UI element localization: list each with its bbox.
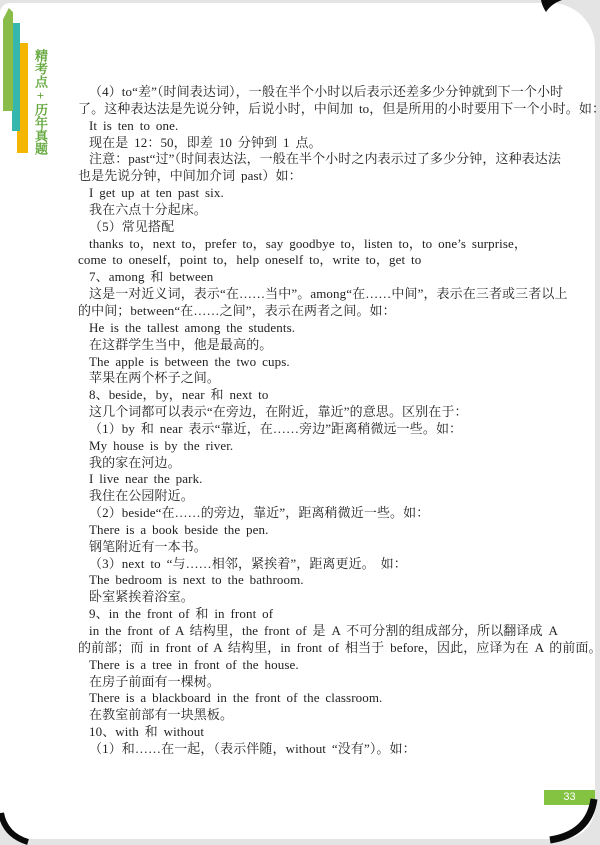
text-line: 也是先说分钟，中间加介词 past）如： (78, 168, 586, 185)
text-line: （1）by 和 near 表示“靠近，在……旁边”距离稍微远一些。如： (78, 421, 586, 438)
text-line: 8、beside，by，near 和 next to (78, 387, 586, 404)
text-line: 在房子前面有一棵树。 (78, 674, 586, 691)
text-line: I live near the park. (78, 471, 586, 488)
text-line: There is a blackboard in the front of th… (78, 690, 586, 707)
content-lines: （4）to“差”（时间表达词），一般在半个小时以后表示还差多少分钟就到下一个小时… (78, 84, 586, 758)
text-line: 这是一对近义词，表示“在……当中”。among“在……中间”，表示在三者或三者以… (78, 286, 586, 303)
text-line: 的前部；而 in front of A 结构里，in front of 相当于 … (78, 640, 586, 657)
sidebar-bar-green (3, 8, 13, 111)
text-line: 我在六点十分起床。 (78, 202, 586, 219)
text-line: 了。这种表达法是先说分钟，后说小时，中间加 to，但是所用的小时要用下一个小时。… (78, 101, 586, 118)
text-line: come to oneself，point to，help oneself to… (78, 252, 586, 269)
text-line: 这几个词都可以表示“在旁边，在附近，靠近”的意思。区别在于： (78, 404, 586, 421)
page-number-badge: 33 (544, 790, 595, 805)
text-line: I get up at ten past six. (78, 185, 586, 202)
text-line: thanks to，next to，prefer to，say goodbye … (78, 236, 586, 253)
text-line: 的中间；between“在……之间”，表示在两者之间。如： (78, 303, 586, 320)
text-line: 注意：past“过”（时间表达法，一般在半个小时之内表示过了多少分钟，这种表达法 (78, 151, 586, 168)
text-line: 苹果在两个杯子之间。 (78, 370, 586, 387)
text-line: 我住在公园附近。 (78, 488, 586, 505)
sidebar-label: 精考点+历年真题 (31, 49, 50, 155)
text-line: The bedroom is next to the bathroom. (78, 572, 586, 589)
text-line: It is ten to one. (78, 118, 586, 135)
text-line: 在这群学生当中，他是最高的。 (78, 337, 586, 354)
text-line: 钢笔附近有一本书。 (78, 539, 586, 556)
text-line: My house is by the river. (78, 438, 586, 455)
text-line: The apple is between the two cups. (78, 354, 586, 371)
text-line: There is a tree in front of the house. (78, 657, 586, 674)
text-line: （5）常见搭配 (78, 219, 586, 236)
text-line: 现在是 12：50，即差 10 分钟到 1 点。 (78, 135, 586, 152)
page-card: 精考点+历年真题 （4）to“差”（时间表达词），一般在半个小时以后表示还差多少… (0, 3, 595, 839)
sidebar-bar-teal (12, 23, 20, 131)
text-line: 在教室前部有一块黑板。 (78, 707, 586, 724)
text-line: in the front of A 结构里，the front of 是 A 不… (78, 623, 586, 640)
text-line: There is a book beside the pen. (78, 522, 586, 539)
text-line: He is the tallest among the students. (78, 320, 586, 337)
text-line: 7、among 和 between (78, 269, 586, 286)
text-line: 卧室紧挨着浴室。 (78, 589, 586, 606)
text-line: 9、in the front of 和 in front of (78, 606, 586, 623)
text-line: （4）to“差”（时间表达词），一般在半个小时以后表示还差多少分钟就到下一个小时 (78, 84, 586, 101)
text-line: （2）beside“在……的旁边，靠近”，距离稍微近一些。如： (78, 505, 586, 522)
text-line: （1）和……在一起，（表示伴随，without “没有”）。如： (78, 741, 586, 758)
text-line: （3）next to “与……相邻，紧挨着”，距离更近。 如： (78, 556, 586, 573)
text-line: 我的家在河边。 (78, 455, 586, 472)
text-line: 10、with 和 without (78, 724, 586, 741)
